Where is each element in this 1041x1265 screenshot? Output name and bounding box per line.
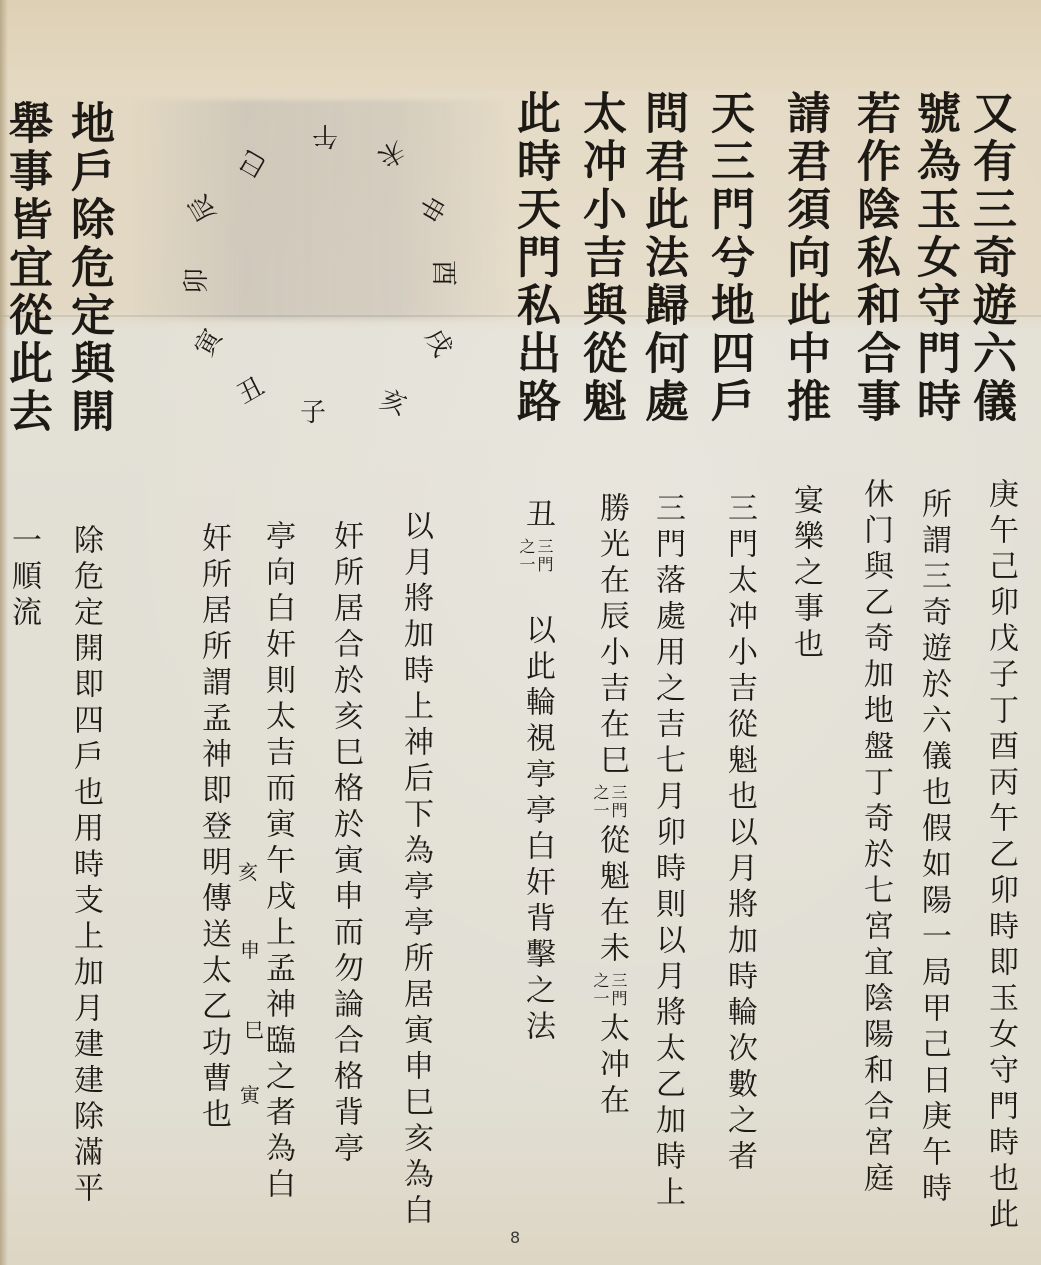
commentary-line-5: 三門太冲小吉從魁也以月將加時輪次數之者: [724, 492, 754, 1176]
manuscript-page: 又有三奇遊六儀 號為玉女守門時 若作陰私和合事 請君須向此中推 天三門兮地四戶 …: [0, 0, 1041, 1265]
commentary-line-13: 除危定開即四戶也用時支上加月建建除滿平: [70, 524, 100, 1208]
page-number: 8: [510, 1228, 520, 1247]
commentary-text: 丑: [520, 498, 555, 534]
verse-line-9: 地戶除危定與開: [66, 100, 110, 436]
commentary-line-11: 亭向白奸則太吉而寅午戌上孟神臨之者為白: [262, 520, 292, 1204]
branch-you: 酉: [430, 260, 456, 286]
commentary-text: 以此輪視亭亭白奸背擊之法: [520, 614, 555, 1046]
commentary-text: 太冲在: [594, 1012, 629, 1120]
commentary-line-10: 奸所居合於亥巳格於寅申而勿論合格背亭: [330, 520, 360, 1168]
verse-line-4: 請君須向此中推: [782, 90, 826, 426]
commentary-line-9: 以月將加時上神后下為亭亭所居寅申巳亥為白: [400, 510, 430, 1230]
branch-xu: 戌: [420, 325, 456, 361]
verse-line-6: 問君此法歸何處: [640, 90, 684, 426]
interlinear-gloss-hai: 亥: [238, 862, 258, 882]
verse-line-1: 又有三奇遊六儀: [968, 90, 1012, 426]
branch-zi: 子: [300, 400, 326, 426]
commentary-line-3: 休门與乙奇加地盤丁奇於七宮宜陰陽和合宮庭: [860, 478, 890, 1198]
commentary-line-7: 勝光在辰小吉在巳三門之一從魁在未三門之一太冲在: [592, 492, 626, 1120]
interlinear-gloss-shen: 申: [240, 940, 260, 960]
verse-line-3: 若作陰私和合事: [852, 90, 896, 426]
commentary-line-8: 丑三門之一以此輪視亭亭白奸背擊之法: [518, 498, 552, 1046]
interlinear-gloss-si: 巳: [244, 1020, 264, 1040]
branch-hai: 亥: [376, 386, 409, 419]
small-gloss: 三門之一: [592, 972, 626, 1008]
branch-wu: 午: [312, 122, 338, 148]
verse-line-8: 此時天門私出路: [512, 90, 556, 426]
commentary-line-2: 所謂三奇遊於六儀也假如陽一局甲己日庚午時: [918, 488, 948, 1208]
commentary-line-1: 庚午己卯戊子丁酉丙午乙卯時即玉女守門時也此: [985, 478, 1015, 1234]
verse-line-10: 舉事皆宜從此去: [4, 100, 48, 436]
commentary-line-6: 三門落處用之吉七月卯時則以月將太乙加時上: [652, 492, 682, 1212]
commentary-line-14: 一順流: [8, 524, 38, 632]
commentary-text: 從魁在未: [594, 824, 629, 968]
verse-line-5: 天三門兮地四戶: [706, 90, 750, 426]
small-gloss: 三門之一: [592, 784, 626, 820]
verse-line-2: 號為玉女守門時: [912, 90, 956, 426]
commentary-line-12: 奸所居所謂孟神即登明傳送太乙功曹也: [198, 522, 228, 1134]
paper-top-band: [0, 0, 1041, 90]
branch-yin: 寅: [191, 325, 227, 361]
branch-mao: 卯: [184, 268, 210, 294]
interlinear-gloss-yin: 寅: [240, 1085, 260, 1105]
commentary-text: 勝光在辰小吉在巳: [594, 492, 629, 780]
branch-chou: 丑: [233, 373, 269, 409]
verse-line-7: 太冲小吉與從魁: [578, 90, 622, 426]
small-gloss: 三門之一: [518, 538, 552, 574]
commentary-line-4: 宴樂之事也: [790, 484, 820, 664]
